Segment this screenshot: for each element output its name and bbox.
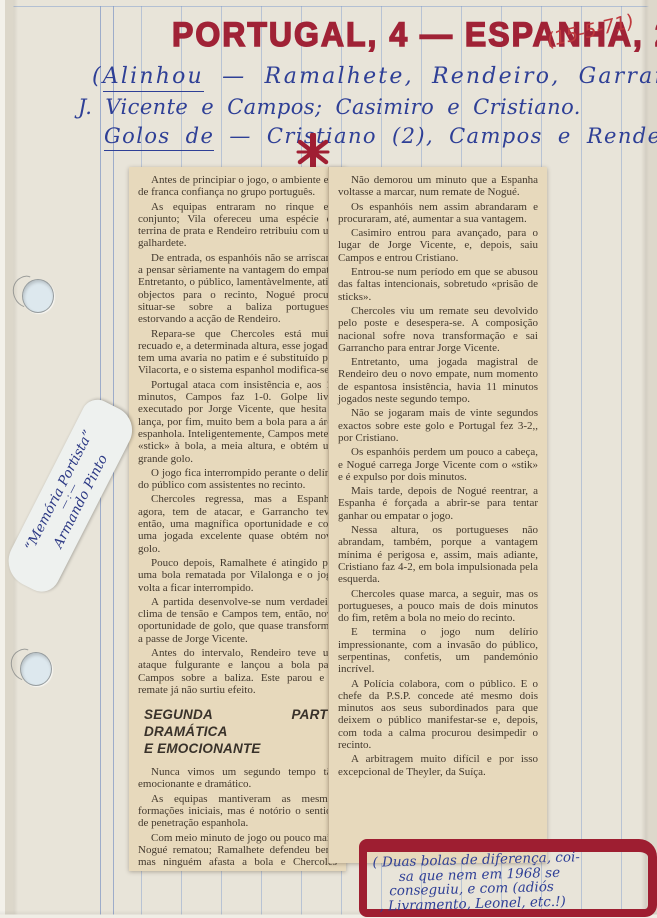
news-paragraph: Chercoles regressa, mas a Espanha, agora… — [138, 493, 337, 554]
side-note-text: “Memória Portista” —:— Armando Pinto — [22, 428, 118, 565]
news-paragraph: Portugal ataca com insistência e, aos 12… — [138, 379, 337, 465]
news-paragraph: Com meio minuto de jogo ou pouco mais, N… — [138, 832, 337, 871]
newspaper-column-left: Antes de principiar o jogo, o ambiente e… — [129, 167, 346, 871]
asterisk-icon — [295, 133, 331, 171]
scrapbook-page: PORTUGAL, 4 — ESPANHA, 2! (15-5-71) (Ali… — [0, 0, 657, 918]
punch-hole-bottom — [20, 652, 52, 686]
news-paragraph: Os espanhóis nem assim abrandaram e proc… — [338, 201, 538, 226]
news-paragraph: Entrou-se num período em que se abusou d… — [338, 266, 538, 303]
comment-box-text: ( Duas bolas de diferença, coi- sa que n… — [372, 850, 581, 913]
news-paragraph: Repara-se que Chercoles está muito recua… — [138, 328, 337, 377]
lineup-annotation-continued: J. Vicente e Campos; Casimiro e Cristian… — [78, 95, 581, 119]
news-paragraph: Não demorou um minuto que a Espanha volt… — [338, 174, 538, 199]
news-paragraph: Nessa altura, os portugueses não abranda… — [338, 524, 538, 585]
news-paragraph: Antes do intervalo, Rendeiro teve um ata… — [138, 647, 337, 696]
news-paragraph: O jogo fica interrompido perante o delír… — [138, 467, 337, 492]
dash: — — [204, 64, 265, 89]
top-rule-line — [0, 6, 657, 7]
newspaper-column-right: Não demorou um minuto que a Espanha volt… — [328, 167, 547, 863]
goals-label: Golos de — [104, 124, 214, 151]
punch-hole-top — [22, 279, 54, 313]
news-paragraph: Entretanto, uma jogada magistral de Rend… — [338, 356, 538, 405]
news-paragraph: A partida desenvolve-se num verdadeiro c… — [138, 596, 337, 645]
news-paragraph: A arbitragem muito difícil e por isso ex… — [338, 753, 538, 778]
lineup-label: Alinhou — [103, 64, 204, 92]
news-paragraph: A Polícia colabora, com o público. E o c… — [338, 678, 538, 752]
news-paragraph: As equipas mantiveram as mesmas formaçõe… — [138, 793, 337, 830]
news-paragraph: Antes de principiar o jogo, o ambiente e… — [138, 174, 337, 199]
news-paragraph: Chercoles quase marca, a seguir, mas os … — [338, 588, 538, 625]
section-subheading: SEGUNDA PARTE DRAMÁTICAE EMOCIONANTE — [144, 706, 337, 757]
news-paragraph: Chercoles viu um remate seu devolvido pe… — [338, 305, 538, 354]
comment-box: ( Duas bolas de diferença, coi- sa que n… — [359, 839, 657, 917]
news-paragraph: De entrada, os espanhóis não se arriscam… — [138, 252, 337, 326]
news-paragraph: As equipas entraram no rinque em conjunt… — [138, 201, 337, 250]
lineup-players-1: Ramalhete, Rendeiro, Garrancho, — [265, 64, 657, 89]
news-paragraph: Mais tarde, depois de Nogué reentrar, a … — [338, 485, 538, 522]
dash: — — [214, 124, 267, 148]
news-paragraph: Os espanhóis perdem um pouco a cabeça, e… — [338, 446, 538, 483]
open-paren: ( — [92, 64, 103, 89]
news-paragraph: Não se jogaram mais de vinte segundos ex… — [338, 407, 538, 444]
news-paragraph: Nunca vimos um segundo tempo tão emocion… — [138, 766, 337, 791]
news-paragraph: Casimiro entrou para avançado, para o lu… — [338, 227, 538, 264]
news-paragraph: E termina o jogo num delírio impressiona… — [338, 626, 538, 675]
news-paragraph: Pouco depois, Ramalhete é atingido por u… — [138, 557, 337, 594]
lineup-annotation: (Alinhou — Ramalhete, Rendeiro, Garranch… — [92, 64, 657, 89]
page-left-edge — [0, 0, 22, 918]
goals-annotation: Golos de — Cristiano (2), Campos e Rende… — [104, 124, 657, 148]
